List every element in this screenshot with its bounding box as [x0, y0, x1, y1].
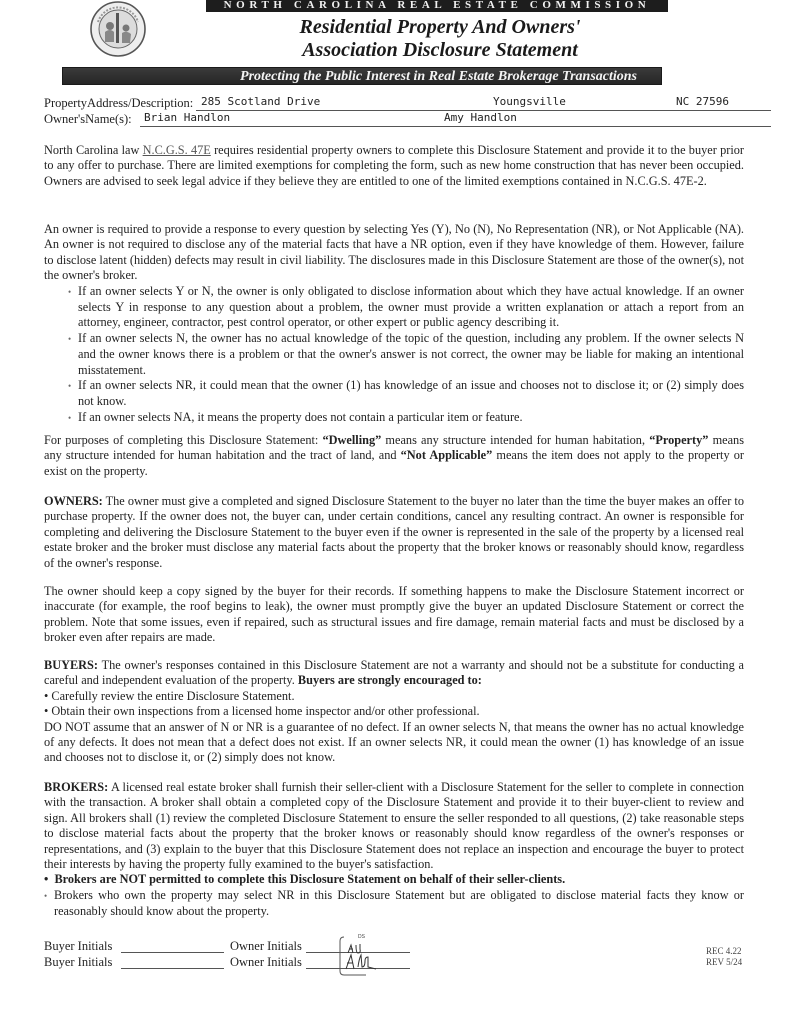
bullet-icon: •: [68, 332, 78, 347]
bullet-icon: •: [44, 872, 54, 886]
response-bullet-yn: •If an owner selects Y or N, the owner i…: [44, 284, 744, 331]
document-title: Residential Property And Owners' Associa…: [200, 16, 680, 62]
term-dwelling: “Dwelling”: [323, 433, 382, 447]
intro-paragraph: North Carolina law N.C.G.S. 47E requires…: [44, 143, 744, 189]
form-code: REC 4.22: [706, 946, 742, 957]
owner-response-section: An owner is required to provide a respon…: [44, 222, 744, 426]
bullet-icon: •: [68, 379, 78, 394]
owner-initials-signature-icon: DS: [336, 931, 386, 979]
buyers-section: BUYERS: The owner's responses contained …: [44, 658, 744, 766]
property-city-field[interactable]: Youngsville: [493, 95, 566, 109]
term-property: “Property”: [649, 433, 708, 447]
owner-names-row: Owner'sName(s): Brian Handlon Amy Handlo…: [44, 112, 724, 127]
definitions-paragraph: For purposes of completing this Disclosu…: [44, 433, 744, 479]
buyer-initials-label: Buyer Initials: [44, 955, 112, 970]
buyer-initials-field-1[interactable]: [121, 952, 224, 953]
buyers-bullet-review: • Carefully review the entire Disclosure…: [44, 689, 744, 704]
response-bullet-na: •If an owner selects NA, it means the pr…: [44, 410, 744, 426]
buyers-emphasis: Buyers are strongly encouraged to:: [298, 673, 482, 687]
property-street-field[interactable]: 285 Scotland Drive: [201, 95, 320, 109]
buyer-initials-field-2[interactable]: [121, 968, 224, 969]
bullet-icon: •: [68, 285, 78, 300]
owner-2-field[interactable]: Amy Handlon: [444, 111, 517, 125]
form-revision: REV 5/24: [706, 957, 742, 968]
copy-note-paragraph: The owner should keep a copy signed by t…: [44, 584, 744, 646]
owner-names-underline: [140, 126, 771, 127]
buyer-initials-label: Buyer Initials: [44, 939, 112, 954]
state-seal-icon: [84, 0, 152, 58]
owner-initials-label: Owner Initials: [230, 955, 302, 970]
property-state-zip-field[interactable]: NC 27596: [676, 95, 729, 109]
tagline-banner: Protecting the Public Interest in Real E…: [62, 67, 662, 85]
agency-banner: NORTH CAROLINA REAL ESTATE COMMISSION: [206, 0, 668, 12]
bullet-icon: •: [68, 411, 78, 426]
response-bullet-n: •If an owner selects N, the owner has no…: [44, 331, 744, 378]
owners-paragraph: OWNERS: The owner must give a completed …: [44, 494, 744, 571]
bullet-icon: •: [44, 889, 54, 904]
buyers-warning: DO NOT assume that an answer of N or NR …: [44, 720, 744, 766]
title-line-2: Association Disclosure Statement: [200, 39, 680, 62]
brokers-heading: BROKERS:: [44, 780, 108, 794]
response-bullet-nr: •If an owner selects NR, it could mean t…: [44, 378, 744, 410]
owner-1-field[interactable]: Brian Handlon: [144, 111, 230, 125]
svg-text:DS: DS: [358, 934, 366, 940]
title-line-1: Residential Property And Owners': [200, 16, 680, 39]
owner-names-label: Owner'sName(s):: [44, 112, 132, 126]
brokers-bullet-not-permitted: • Brokers are NOT permitted to complete …: [44, 872, 744, 887]
term-not-applicable: “Not Applicable”: [401, 448, 493, 462]
property-address-label: PropertyAddress/Description:: [44, 96, 193, 110]
owner-initials-label: Owner Initials: [230, 939, 302, 954]
statute-link[interactable]: N.C.G.S. 47E: [143, 143, 211, 157]
buyers-heading: BUYERS:: [44, 658, 98, 672]
owners-heading: OWNERS:: [44, 494, 103, 508]
brokers-section: BROKERS: A licensed real estate broker s…: [44, 780, 744, 920]
buyers-bullet-inspect: • Obtain their own inspections from a li…: [44, 704, 744, 719]
owner-response-paragraph: An owner is required to provide a respon…: [44, 222, 744, 284]
brokers-bullet-own-property: •Brokers who own the property may select…: [44, 888, 744, 920]
property-address-row: PropertyAddress/Description: 285 Scotlan…: [44, 96, 724, 111]
